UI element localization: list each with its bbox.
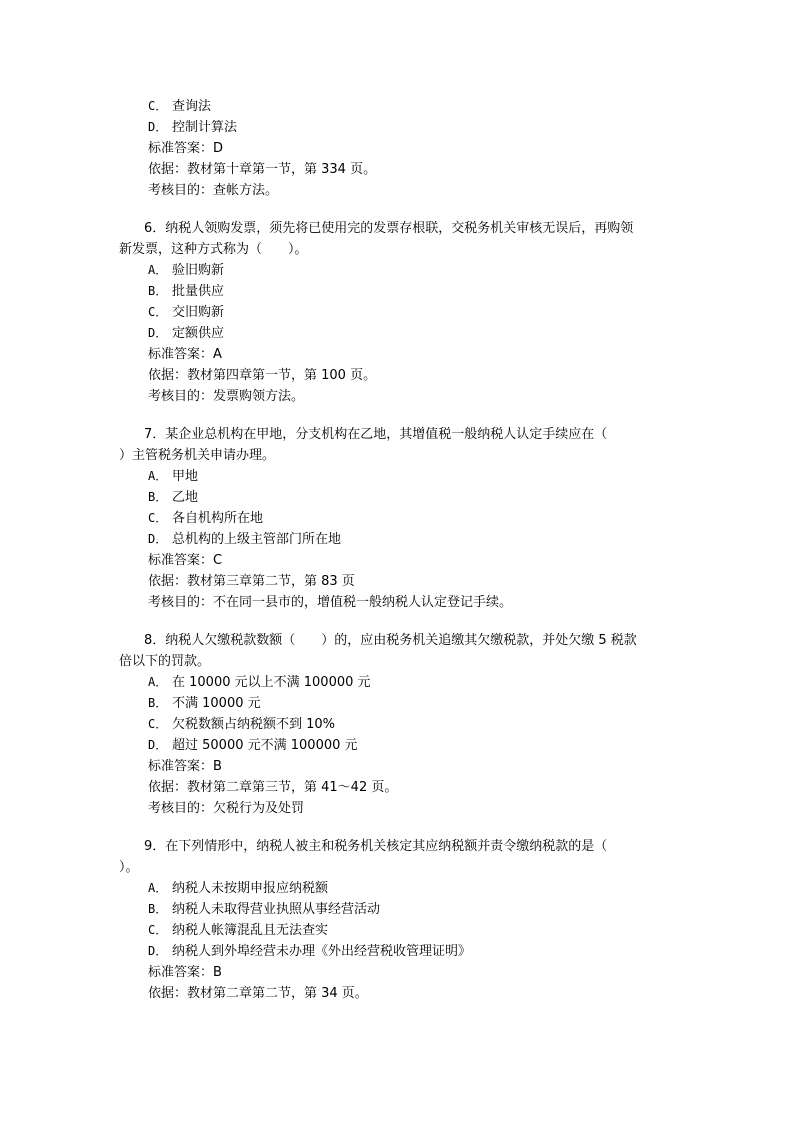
- option-letter: B．: [148, 281, 172, 302]
- question-8: 8．纳税人欠缴税款数额（ ）的，应由税务机关追缴其欠缴税款，并处欠缴 5 税款 …: [119, 630, 675, 819]
- question-text-continued: ）。: [119, 857, 675, 878]
- option-letter: C．: [148, 508, 172, 529]
- question-text: 8．纳税人欠缴税款数额（ ）的，应由税务机关追缴其欠缴税款，并处欠缴 5 税款: [119, 630, 675, 651]
- option-a: A．纳税人未按期申报应纳税额: [119, 878, 675, 899]
- option-letter: A．: [148, 466, 172, 487]
- option-text: 纳税人未按期申报应纳税额: [172, 881, 328, 896]
- option-text: 纳税人帐簿混乱且无法查实: [172, 923, 328, 938]
- option-text: 定额供应: [172, 326, 224, 341]
- question-text-continued: 倍以下的罚款。: [119, 651, 675, 672]
- option-d: D．超过 50000 元不满 100000 元: [119, 735, 675, 756]
- option-a: A．甲地: [119, 466, 675, 487]
- question-text-continued: 新发票，这种方式称为（ ）。: [119, 239, 675, 260]
- option-text: 各自机构所在地: [172, 511, 263, 526]
- option-text: 验旧购新: [172, 263, 224, 278]
- option-letter: C．: [148, 96, 172, 117]
- option-letter: B．: [148, 693, 172, 714]
- spacer: [119, 613, 675, 630]
- option-letter: D．: [148, 117, 172, 138]
- question-text: 7．某企业总机构在甲地，分支机构在乙地，其增值税一般纳税人认定手续应在（: [119, 424, 675, 445]
- standard-answer: 标准答案：B: [119, 962, 675, 983]
- option-text: 乙地: [172, 490, 198, 505]
- standard-answer: 标准答案：D: [119, 138, 675, 159]
- standard-answer: 标准答案：B: [119, 756, 675, 777]
- answer-basis: 依据：教材第十章第一节，第 334 页。: [119, 159, 675, 180]
- answer-basis: 依据：教材第二章第二节，第 34 页。: [119, 983, 675, 1004]
- option-text: 纳税人到外埠经营未办理《外出经营税收管理证明》: [172, 944, 471, 959]
- option-d: D．纳税人到外埠经营未办理《外出经营税收管理证明》: [119, 941, 675, 962]
- option-text: 纳税人未取得营业执照从事经营活动: [172, 902, 380, 917]
- option-letter: A．: [148, 878, 172, 899]
- option-c: C．纳税人帐簿混乱且无法查实: [119, 920, 675, 941]
- option-a: A．验旧购新: [119, 260, 675, 281]
- spacer: [119, 407, 675, 424]
- option-text: 超过 50000 元不满 100000 元: [172, 738, 358, 753]
- option-text: 甲地: [172, 469, 198, 484]
- option-d: D．定额供应: [119, 323, 675, 344]
- option-c: C．查询法: [119, 96, 675, 117]
- question-text: 6．纳税人领购发票，须先将已使用完的发票存根联，交税务机关审核无误后，再购领: [119, 218, 675, 239]
- assessment-purpose: 考核目的：查帐方法。: [119, 180, 675, 201]
- option-letter: D．: [148, 735, 172, 756]
- option-b: B．不满 10000 元: [119, 693, 675, 714]
- option-text: 在 10000 元以上不满 100000 元: [172, 675, 371, 690]
- question-5-tail: C．查询法 D．控制计算法 标准答案：D 依据：教材第十章第一节，第 334 页…: [119, 96, 675, 201]
- option-letter: D．: [148, 323, 172, 344]
- question-7: 7．某企业总机构在甲地，分支机构在乙地，其增值税一般纳税人认定手续应在（ ）主管…: [119, 424, 675, 613]
- option-c: C．欠税数额占纳税额不到 10%: [119, 714, 675, 735]
- option-a: A．在 10000 元以上不满 100000 元: [119, 672, 675, 693]
- option-letter: C．: [148, 714, 172, 735]
- question-6: 6．纳税人领购发票，须先将已使用完的发票存根联，交税务机关审核无误后，再购领 新…: [119, 218, 675, 407]
- option-letter: D．: [148, 941, 172, 962]
- question-9: 9．在下列情形中，纳税人被主和税务机关核定其应纳税额并责令缴纳税款的是（ ）。 …: [119, 836, 675, 1004]
- question-text-continued: ）主管税务机关申请办理。: [119, 445, 675, 466]
- option-letter: C．: [148, 920, 172, 941]
- option-d: D．控制计算法: [119, 117, 675, 138]
- answer-basis: 依据：教材第四章第一节，第 100 页。: [119, 365, 675, 386]
- option-text: 批量供应: [172, 284, 224, 299]
- option-c: C．各自机构所在地: [119, 508, 675, 529]
- spacer: [119, 201, 675, 218]
- option-letter: A．: [148, 672, 172, 693]
- assessment-purpose: 考核目的：发票购领方法。: [119, 386, 675, 407]
- option-b: B．乙地: [119, 487, 675, 508]
- option-text: 交旧购新: [172, 305, 224, 320]
- option-b: B．批量供应: [119, 281, 675, 302]
- option-letter: B．: [148, 899, 172, 920]
- option-letter: B．: [148, 487, 172, 508]
- option-text: 总机构的上级主管部门所在地: [172, 532, 341, 547]
- option-letter: A．: [148, 260, 172, 281]
- option-letter: D．: [148, 529, 172, 550]
- question-text: 9．在下列情形中，纳税人被主和税务机关核定其应纳税额并责令缴纳税款的是（: [119, 836, 675, 857]
- standard-answer: 标准答案：C: [119, 550, 675, 571]
- answer-basis: 依据：教材第三章第二节，第 83 页: [119, 571, 675, 592]
- option-text: 控制计算法: [172, 120, 237, 135]
- document-page: C．查询法 D．控制计算法 标准答案：D 依据：教材第十章第一节，第 334 页…: [119, 96, 675, 1004]
- option-letter: C．: [148, 302, 172, 323]
- option-text: 查询法: [172, 99, 211, 114]
- assessment-purpose: 考核目的：欠税行为及处罚: [119, 798, 675, 819]
- spacer: [119, 819, 675, 836]
- answer-basis: 依据：教材第二章第三节，第 41～42 页。: [119, 777, 675, 798]
- option-d: D．总机构的上级主管部门所在地: [119, 529, 675, 550]
- option-text: 欠税数额占纳税额不到 10%: [172, 717, 335, 732]
- standard-answer: 标准答案：A: [119, 344, 675, 365]
- assessment-purpose: 考核目的：不在同一县市的，增值税一般纳税人认定登记手续。: [119, 592, 675, 613]
- option-c: C．交旧购新: [119, 302, 675, 323]
- option-b: B．纳税人未取得营业执照从事经营活动: [119, 899, 675, 920]
- option-text: 不满 10000 元: [172, 696, 261, 711]
